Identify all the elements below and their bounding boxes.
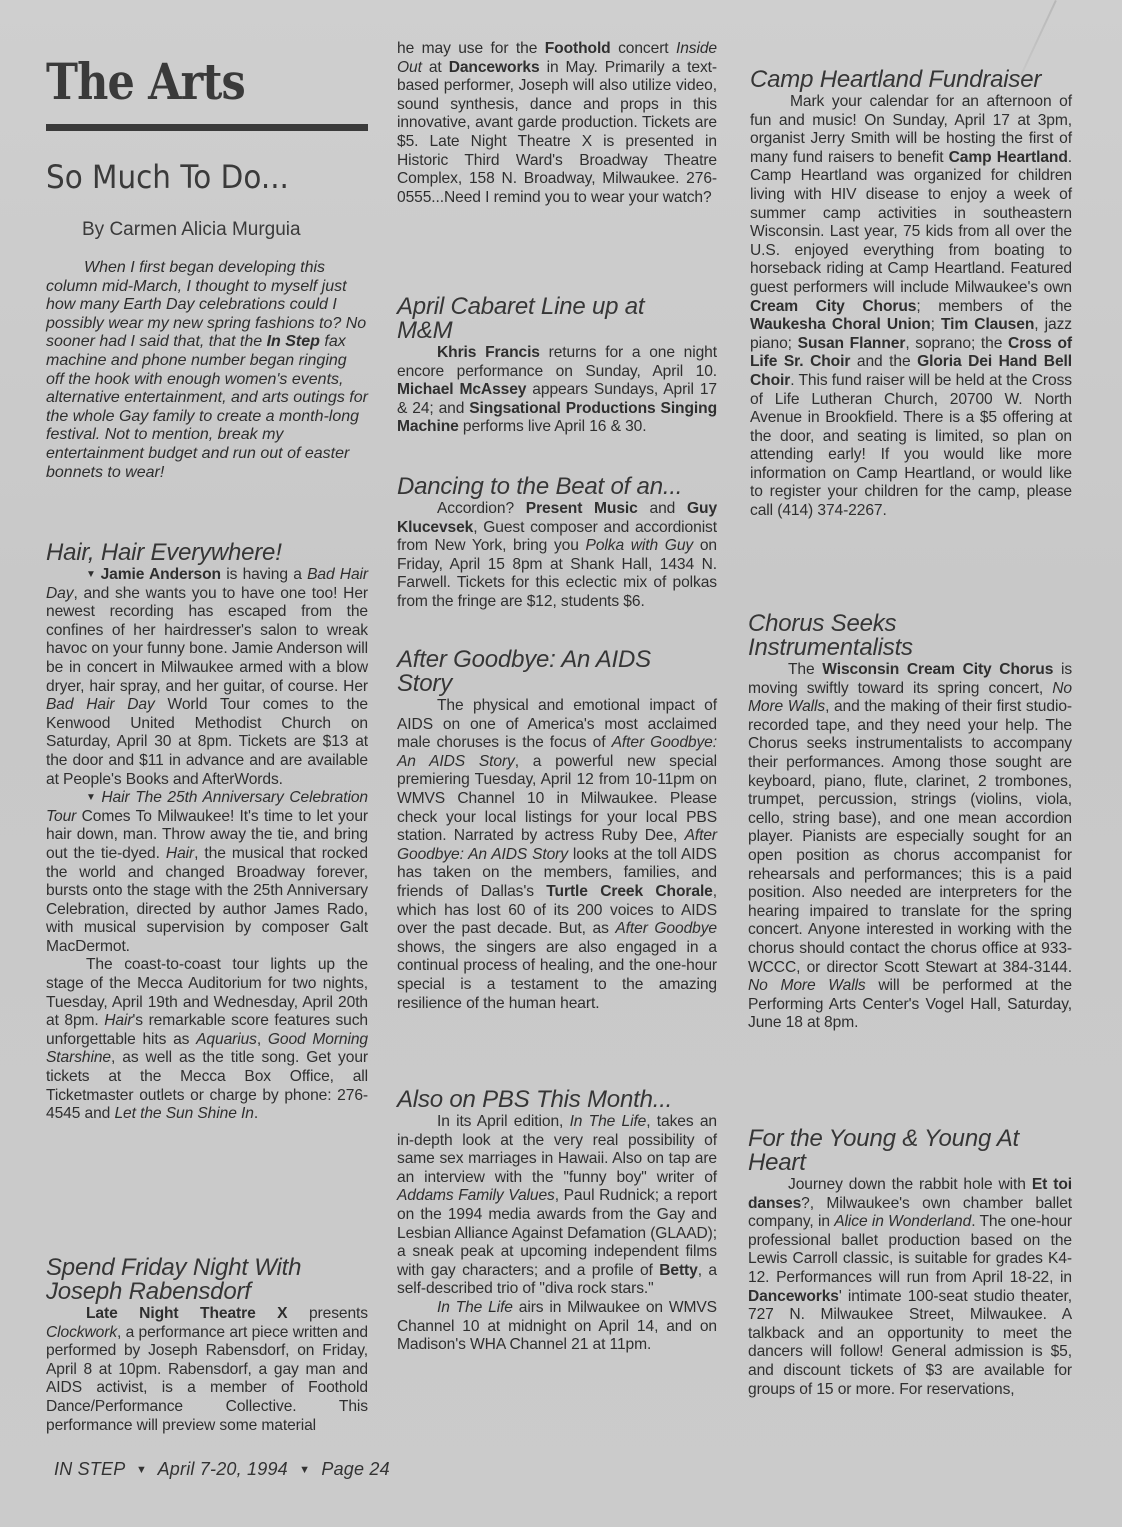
article-after-goodbye: After Goodbye: An AIDS Story The physica…: [397, 648, 717, 1013]
article-body: Mark your calendar for an afternoon of f…: [750, 93, 1072, 521]
article-hair: Hair, Hair Everywhere! ▼ Jamie Anderson …: [46, 541, 368, 1124]
article-body: Late Night Theatre X presents Clockwork,…: [46, 1305, 368, 1435]
article-headline: Hair, Hair Everywhere!: [46, 541, 368, 565]
section-rule: [46, 124, 368, 131]
paragraph: Late Night Theatre X presents Clockwork,…: [46, 1305, 368, 1435]
paragraph: The coast-to-coast tour lights up the st…: [46, 956, 368, 1123]
article-chorus-seeks: Chorus Seeks Instrumentalists The Wiscon…: [748, 612, 1072, 1033]
article-headline: For the Young & Young At Heart: [748, 1127, 1048, 1175]
paragraph: Mark your calendar for an afternoon of f…: [750, 93, 1072, 521]
triangle-bullet-icon: ▼: [86, 792, 101, 803]
article-headline: Also on PBS This Month...: [397, 1088, 717, 1112]
page-footer: IN STEP ▼ April 7-20, 1994 ▼ Page 24: [54, 1459, 390, 1480]
article-body: Accordion? Present Music and Guy Klucevs…: [397, 500, 717, 612]
newspaper-page: The Arts So Much To Do... By Carmen Alic…: [0, 0, 1122, 1527]
paragraph: Journey down the rabbit hole with Et toi…: [748, 1176, 1072, 1399]
lead-intro: When I first began developing this colum…: [46, 259, 368, 482]
paragraph: Khris Francis returns for a one night en…: [397, 344, 717, 437]
article-body: ▼ Jamie Anderson is having a Bad Hair Da…: [46, 566, 368, 1124]
paragraph: The Wisconsin Cream City Chorus is movin…: [748, 661, 1072, 1033]
article-dancing: Dancing to the Beat of an... Accordion? …: [397, 475, 717, 612]
paragraph: In its April edition, In The Life, takes…: [397, 1113, 717, 1299]
paragraph: In The Life airs in Milwaukee on WMVS Ch…: [397, 1299, 717, 1355]
article-headline: Spend Friday Night With Joseph Rabensdor…: [46, 1256, 336, 1304]
paragraph: The physical and emotional impact of AID…: [397, 697, 717, 1013]
lead-article-title: So Much To Do...: [46, 157, 342, 197]
paragraph: ▼ Jamie Anderson is having a Bad Hair Da…: [46, 566, 368, 789]
paragraph: When I first began developing this colum…: [46, 259, 368, 482]
article-headline: Chorus Seeks Instrumentalists: [748, 612, 948, 660]
issue-date: April 7-20, 1994: [158, 1459, 288, 1479]
page-number: Page 24: [321, 1459, 389, 1479]
article-headline: Camp Heartland Fundraiser: [750, 68, 1072, 92]
article-body: Khris Francis returns for a one night en…: [397, 344, 717, 437]
article-pbs: Also on PBS This Month... In its April e…: [397, 1088, 717, 1355]
article-body: In its April edition, In The Life, takes…: [397, 1113, 717, 1355]
publication-name: IN STEP: [54, 1459, 125, 1479]
article-camp-heartland: Camp Heartland Fundraiser Mark your cale…: [750, 68, 1072, 521]
article-headline: April Cabaret Line up at M&M: [397, 295, 687, 343]
triangle-bullet-icon: ▼: [86, 569, 101, 580]
article-young-at-heart: For the Young & Young At Heart Journey d…: [748, 1127, 1072, 1399]
paragraph: he may use for the Foothold concert Insi…: [397, 40, 717, 207]
article-body: he may use for the Foothold concert Insi…: [397, 40, 717, 207]
paragraph: ▼ Hair The 25th Anniversary Celebration …: [46, 789, 368, 956]
article-friday-night: Spend Friday Night With Joseph Rabensdor…: [46, 1256, 368, 1435]
paragraph: Accordion? Present Music and Guy Klucevs…: [397, 500, 717, 612]
triangle-separator-icon: ▼: [136, 1464, 147, 1476]
article-body: The physical and emotional impact of AID…: [397, 697, 717, 1013]
article-headline: After Goodbye: An AIDS Story: [397, 648, 687, 696]
article-body: The Wisconsin Cream City Chorus is movin…: [748, 661, 1072, 1033]
section-title: The Arts: [46, 50, 323, 114]
article-body: Journey down the rabbit hole with Et toi…: [748, 1176, 1072, 1399]
article-friday-night-continued: he may use for the Foothold concert Insi…: [397, 40, 717, 207]
byline: By Carmen Alicia Murguia: [46, 219, 368, 241]
article-headline: Dancing to the Beat of an...: [397, 475, 717, 499]
section-masthead: The Arts So Much To Do... By Carmen Alic…: [46, 50, 368, 482]
triangle-separator-icon: ▼: [299, 1464, 310, 1476]
article-cabaret: April Cabaret Line up at M&M Khris Franc…: [397, 295, 717, 437]
